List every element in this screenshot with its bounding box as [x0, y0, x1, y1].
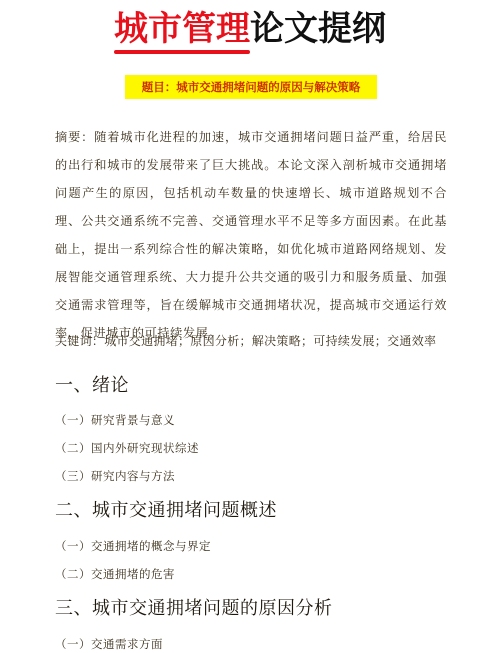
subsection-3-1: （一）交通需求方面	[55, 635, 163, 653]
abstract-paragraph: 摘要：随着城市化进程的加速，城市交通拥堵问题日益严重，给居民的出行和城市的发展带…	[55, 123, 447, 347]
subsection-1-1: （一）研究背景与意义	[55, 411, 175, 429]
section-heading-1: 一、绪论	[55, 373, 129, 399]
section-heading-2: 二、城市交通拥堵问题概述	[55, 498, 277, 524]
subsection-1-2: （二）国内外研究现状综述	[55, 439, 199, 457]
title-red-part: 城市管理	[114, 8, 250, 50]
subsection-1-3: （三）研究内容与方法	[55, 467, 175, 485]
keywords-line: 关键词：城市交通拥堵；原因分析；解决策略；可持续发展；交通效率	[55, 331, 455, 351]
subsection-2-1: （一）交通拥堵的概念与界定	[55, 537, 211, 555]
section-heading-3: 三、城市交通拥堵问题的原因分析	[55, 596, 333, 622]
title-black-part: 论文提纲	[250, 9, 386, 49]
subsection-2-2: （二）交通拥堵的危害	[55, 565, 175, 583]
topic-banner: 题目：城市交通拥堵问题的原因与解决策略	[125, 75, 377, 99]
document-title: 城市管理论文提纲	[0, 8, 500, 50]
